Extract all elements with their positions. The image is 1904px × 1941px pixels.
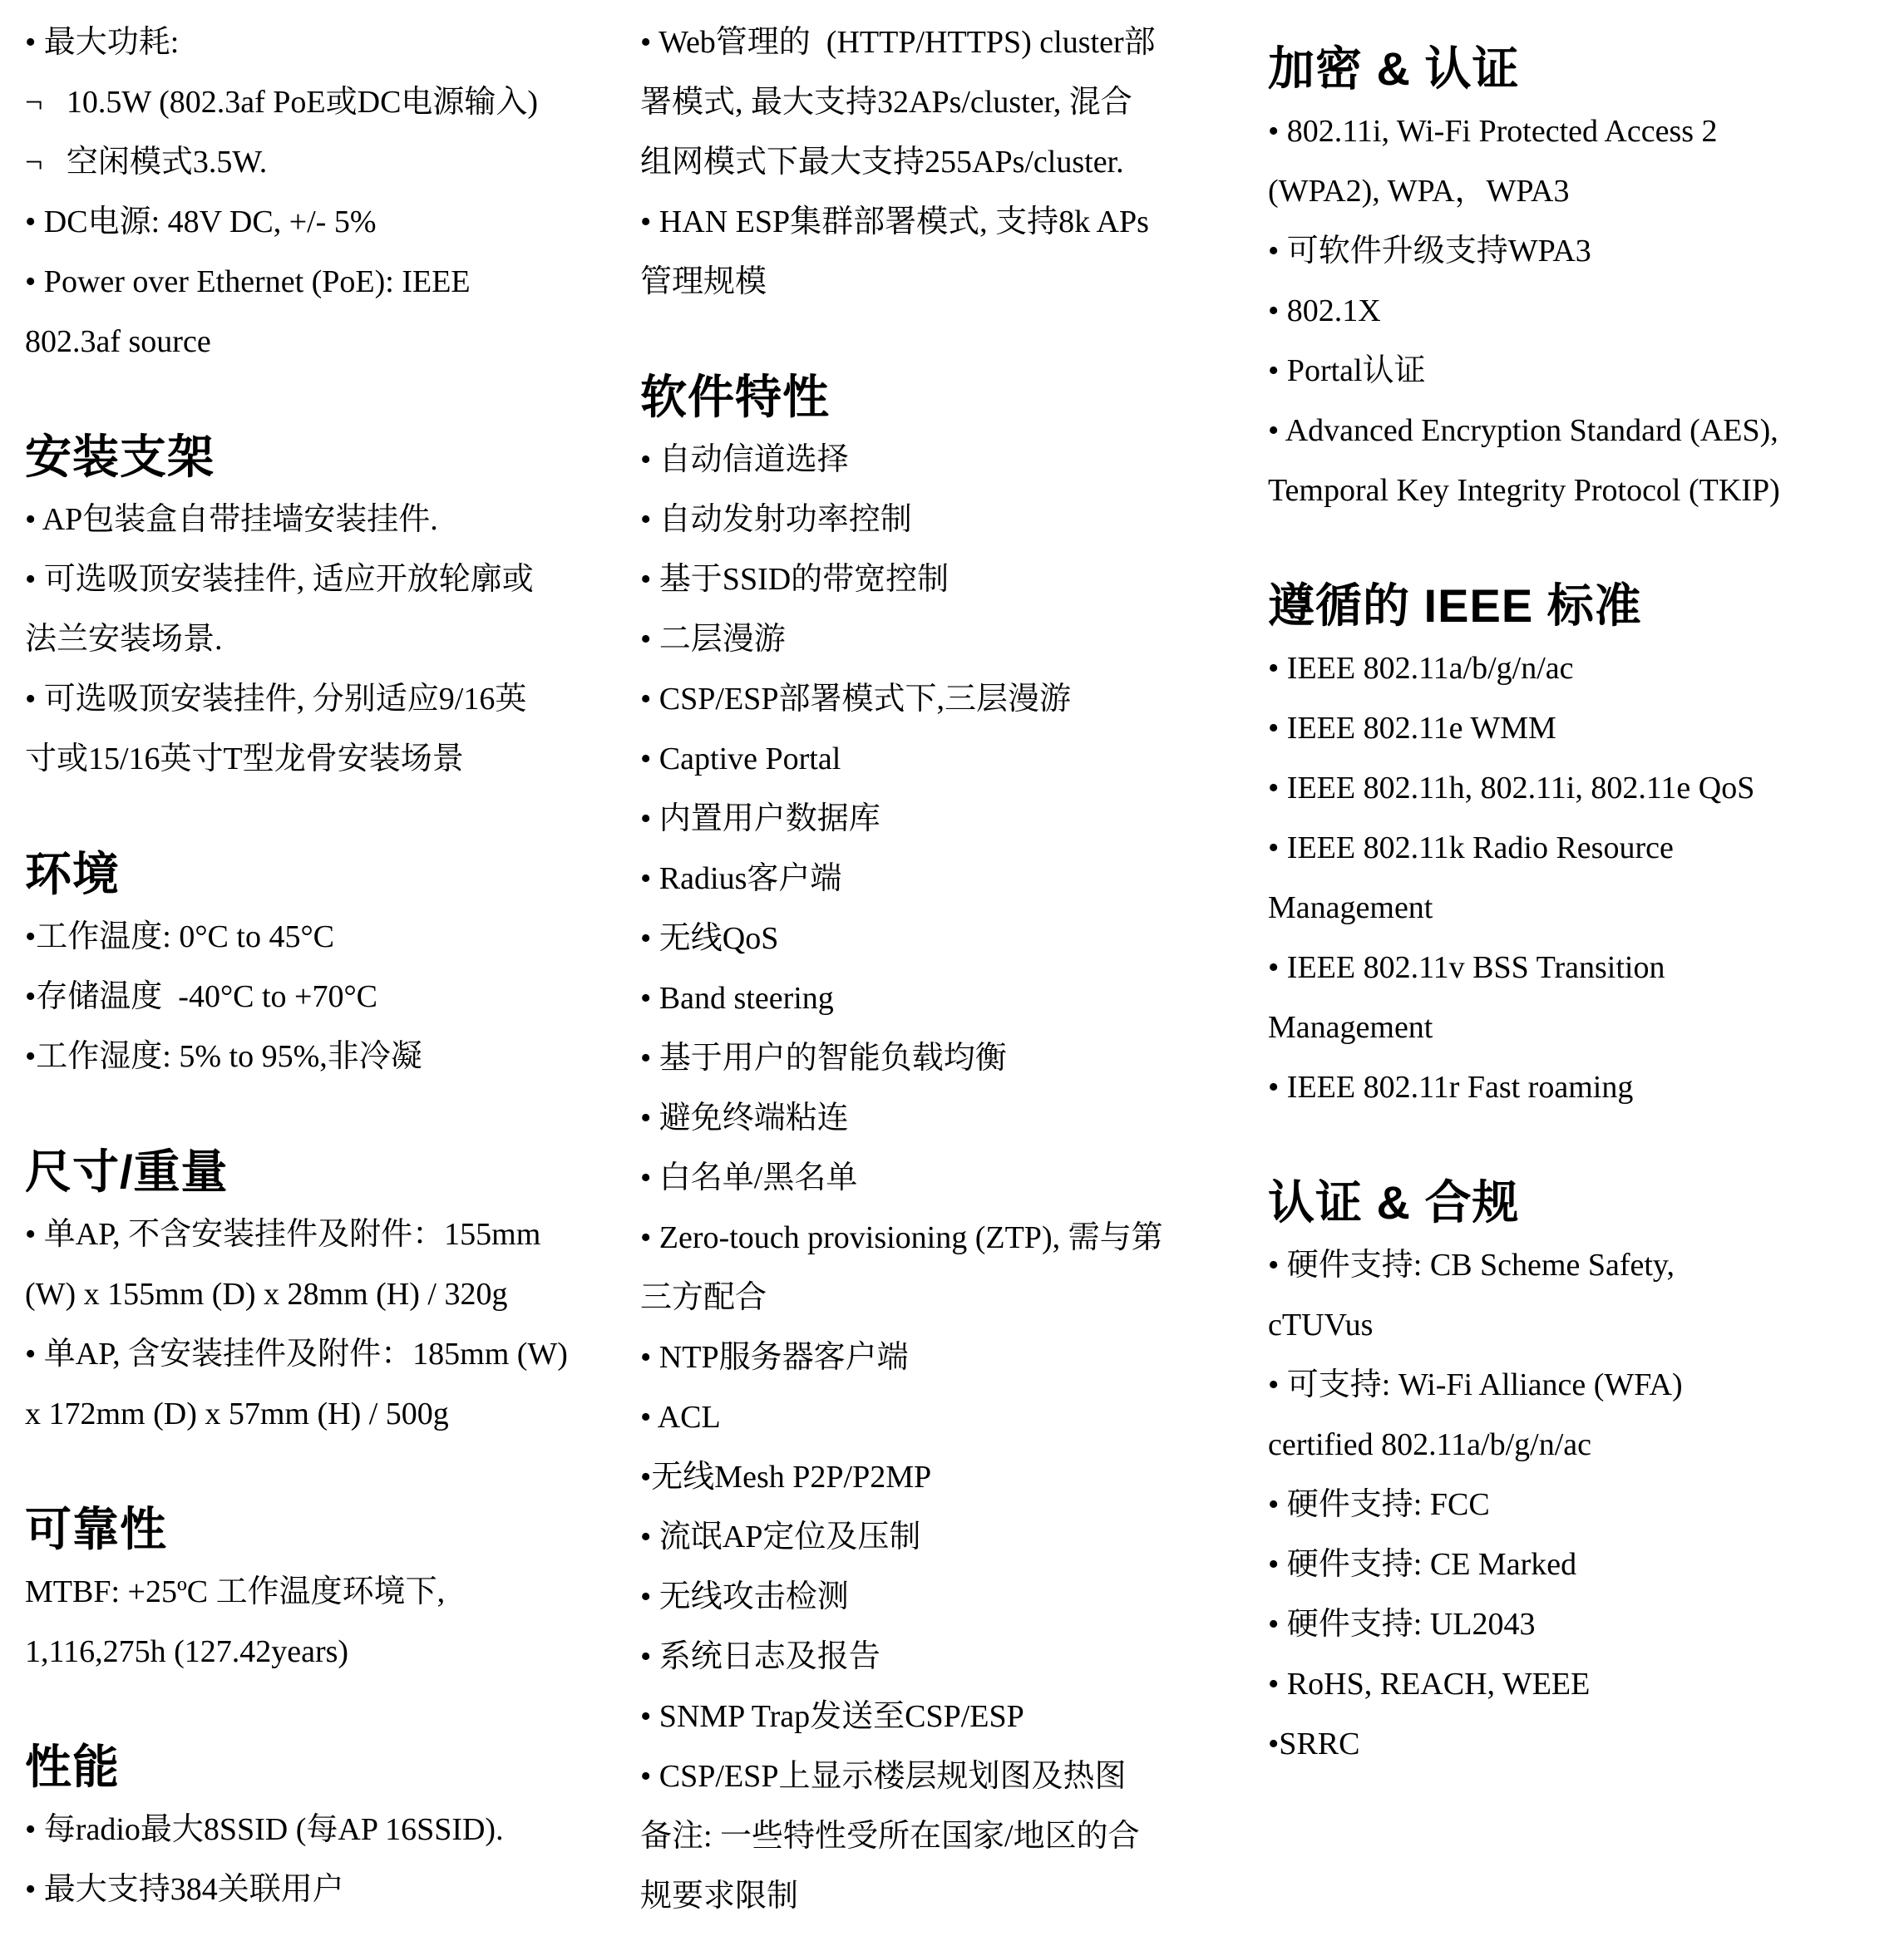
spec-item: • IEEE 802.11h, 802.11i, 802.11e QoS <box>1268 758 1890 818</box>
spec-item: • Band steering <box>640 968 1255 1028</box>
spec-item: • Power over Ethernet (PoE): IEEE 802.3a… <box>25 252 619 372</box>
spec-item: • AP包装盒自带挂墙安装挂件. <box>25 490 619 549</box>
spec-item: • IEEE 802.11a/b/g/n/ac <box>1268 638 1890 698</box>
spec-item: • 802.1X <box>1268 281 1890 341</box>
spec-item: •SRRC <box>1268 1714 1890 1774</box>
spec-item: • CSP/ESP部署模式下,三层漫游 <box>640 669 1255 729</box>
column-right: 加密 & 认证• 802.11i, Wi-Fi Protected Access… <box>1268 0 1890 1774</box>
column-middle: • Web管理的 (HTTP/HTTPS) cluster部 署模式, 最大支持… <box>640 0 1255 1926</box>
spec-item: •工作湿度: 5% to 95%,非冷凝 <box>25 1027 619 1086</box>
spec-item: ¬ 10.5W (802.3af PoE或DC电源输入) <box>25 72 619 132</box>
spec-item: • 基于用户的智能负载均衡 <box>640 1028 1255 1088</box>
spec-item: •工作温度: 0°C to 45°C <box>25 907 619 967</box>
spec-item: • IEEE 802.11k Radio Resource Management <box>1268 818 1890 938</box>
section-heading: 性能 <box>25 1737 619 1798</box>
section-heading: 可靠性 <box>25 1499 619 1560</box>
spec-item: • 基于SSID的带宽控制 <box>640 549 1255 609</box>
spec-item: • 流氓AP定位及压制 <box>640 1507 1255 1567</box>
datasheet-page: • 最大功耗:¬ 10.5W (802.3af PoE或DC电源输入)¬ 空闲模… <box>0 0 1904 1941</box>
spec-item: MTBF: +25ºC 工作温度环境下, 1,116,275h (127.42y… <box>25 1562 619 1682</box>
spec-item: • 自动发射功率控制 <box>640 490 1255 549</box>
section-heading: 加密 & 认证 <box>1268 38 1890 100</box>
section-heading: 软件特性 <box>640 367 1255 428</box>
spec-item: • 可选吸顶安装挂件, 分别适应9/16英 寸或15/16英寸T型龙骨安装场景 <box>25 669 619 789</box>
spec-item: •无线Mesh P2P/P2MP <box>640 1447 1255 1507</box>
spec-item: • 可支持: Wi-Fi Alliance (WFA) certified 80… <box>1268 1355 1890 1475</box>
spec-item: • IEEE 802.11e WMM <box>1268 698 1890 758</box>
spec-item: • 可软件升级支持WPA3 <box>1268 221 1890 281</box>
spec-item: • Web管理的 (HTTP/HTTPS) cluster部 署模式, 最大支持… <box>640 12 1255 192</box>
spec-item: • 自动信道选择 <box>640 430 1255 490</box>
spec-item: • 可选吸顶安装挂件, 适应开放轮廓或 法兰安装场景. <box>25 549 619 669</box>
spec-item: •存储温度 -40°C to +70°C <box>25 967 619 1027</box>
spec-item: • 硬件支持: UL2043 <box>1268 1594 1890 1654</box>
spec-item: • 白名单/黑名单 <box>640 1148 1255 1208</box>
spec-item: • SNMP Trap发送至CSP/ESP <box>640 1687 1255 1746</box>
spec-item: • 硬件支持: CB Scheme Safety, cTUVus <box>1268 1235 1890 1355</box>
spec-item: • 单AP, 含安装挂件及附件：185mm (W) x 172mm (D) x … <box>25 1324 619 1444</box>
spec-item: • 每radio最大8SSID (每AP 16SSID). <box>25 1800 619 1860</box>
spec-item: • Advanced Encryption Standard (AES), Te… <box>1268 401 1890 520</box>
section-heading: 遵循的 IEEE 标准 <box>1268 575 1890 637</box>
spec-item: • 无线攻击检测 <box>640 1567 1255 1627</box>
spec-item: • 最大支持384关联用户 <box>25 1860 619 1919</box>
spec-item: • CSP/ESP上显示楼层规划图及热图 <box>640 1746 1255 1806</box>
spec-item: • 二层漫游 <box>640 609 1255 669</box>
spec-item: • 硬件支持: CE Marked <box>1268 1535 1890 1594</box>
spec-item: • 避免终端粘连 <box>640 1088 1255 1148</box>
spec-item: • Radius客户端 <box>640 849 1255 909</box>
section-heading: 认证 & 合规 <box>1268 1172 1890 1234</box>
spec-item: • ACL <box>640 1387 1255 1447</box>
spec-item: • Portal认证 <box>1268 341 1890 401</box>
spec-item: • DC电源: 48V DC, +/- 5% <box>25 192 619 252</box>
column-left: • 最大功耗:¬ 10.5W (802.3af PoE或DC电源输入)¬ 空闲模… <box>25 0 619 1919</box>
section-heading: 环境 <box>25 844 619 905</box>
section-heading: 尺寸/重量 <box>25 1141 619 1203</box>
spec-item: • NTP服务器客户端 <box>640 1328 1255 1387</box>
spec-item: 备注: 一些特性受所在国家/地区的合 规要求限制 <box>640 1806 1255 1926</box>
spec-item: • IEEE 802.11v BSS Transition Management <box>1268 938 1890 1057</box>
spec-item: ¬ 空闲模式3.5W. <box>25 132 619 192</box>
spec-item: • IEEE 802.11r Fast roaming <box>1268 1057 1890 1117</box>
section-heading: 安装支架 <box>25 426 619 488</box>
spec-item: • HAN ESP集群部署模式, 支持8k APs 管理规模 <box>640 192 1255 312</box>
spec-item: • RoHS, REACH, WEEE <box>1268 1654 1890 1714</box>
spec-item: • 802.11i, Wi-Fi Protected Access 2 (WPA… <box>1268 101 1890 221</box>
spec-item: • Captive Portal <box>640 729 1255 789</box>
spec-item: • 无线QoS <box>640 909 1255 968</box>
spec-item: • 内置用户数据库 <box>640 789 1255 849</box>
spec-item: • Zero-touch provisioning (ZTP), 需与第 三方配… <box>640 1208 1255 1328</box>
spec-item: • 单AP, 不含安装挂件及附件：155mm (W) x 155mm (D) x… <box>25 1205 619 1324</box>
spec-item: • 系统日志及报告 <box>640 1627 1255 1687</box>
spec-item: • 最大功耗: <box>25 12 619 72</box>
spec-item: • 硬件支持: FCC <box>1268 1475 1890 1535</box>
